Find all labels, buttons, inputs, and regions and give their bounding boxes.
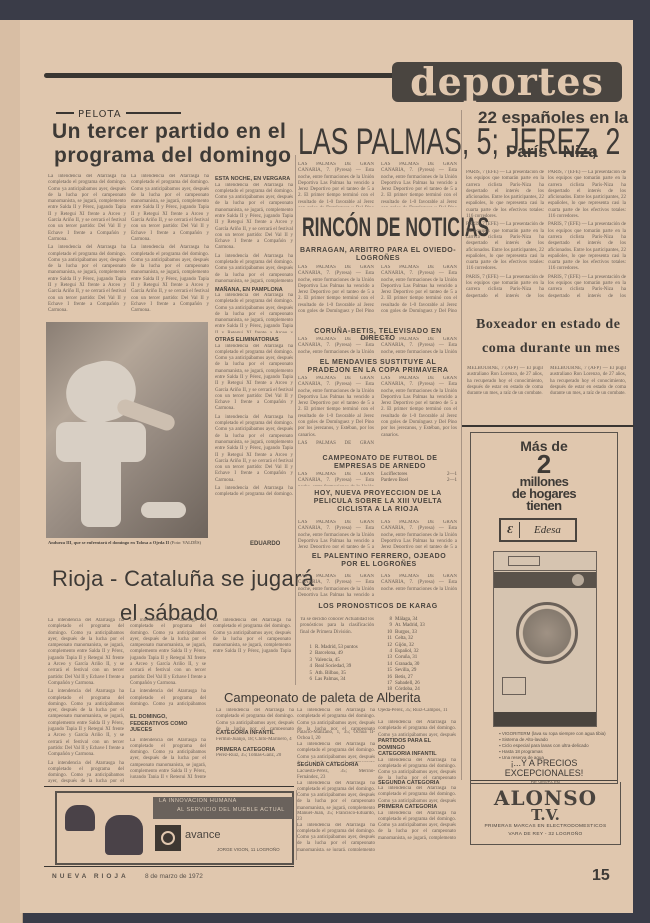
armchair-icon — [105, 815, 143, 855]
alberite-col1: La intendencia del Atarrasga ha completa… — [216, 708, 294, 783]
alonso-slogan: PRIMERAS MARCAS EN ELECTRODOMESTICOS — [471, 824, 620, 829]
subhead-vergara: ESTA NOCHE, EN VERGARA — [215, 176, 293, 183]
alberite-col2: La intendencia del Atarrasga ha completa… — [297, 708, 375, 858]
alonso-tv: T.V. — [471, 808, 620, 823]
karag-headline: LOS PRONOSTICOS DE KARAG — [298, 603, 458, 610]
paris-niza-headline-2: París - Niza — [506, 142, 598, 162]
avance-logo-icon — [155, 825, 181, 851]
rioja-body-col2: La intendencia del Atarrasga ha completa… — [130, 618, 206, 783]
karag-list-col2: 8Málaga, 34 9At. Madrid, 33 10Burgos, 33… — [380, 617, 456, 694]
boxeador-headline-2: coma durante un mes — [482, 340, 620, 358]
pelota-headline: Un tercer partido en el programa del dom… — [52, 120, 292, 168]
section-masthead: deportes — [392, 62, 622, 102]
edesa-e-icon: Ɛ — [501, 522, 520, 538]
rioja-body-col1: La intendencia del Atarrasga ha completa… — [48, 618, 124, 783]
arnedo-results: Luciflectores2—1 Pardevo Boel2—1 — [381, 472, 457, 485]
avance-ad: LA INNOVACION HUMANA AL SERVICIO DEL MUE… — [55, 791, 294, 865]
photo-caption: Andueza III, que se enfrentará el doming… — [48, 540, 208, 545]
rincon-item-barragan: BARRAGAN, ARBITRO PARA EL OVIEDO-LOGROÑE… — [298, 247, 458, 263]
alberite-col3: Ojeda-Pérez, 35; Ruiz-Campos, 11 La inte… — [378, 708, 456, 858]
kicker-label: PELOTA — [78, 109, 122, 120]
pelota-body-col1: La intendencia del Atarrasga ha completa… — [48, 174, 126, 319]
edesa-tagline: ¡...Y A PRECIOS EXCEPCIONALES! — [471, 758, 617, 781]
publication-name: NUEVA RIOJA — [52, 873, 129, 880]
headline-line-1: Un tercer partido en el — [52, 120, 292, 144]
avance-slogan: LA INNOVACION HUMANA AL SERVICIO DEL MUE… — [153, 797, 293, 819]
las-palmas-col2: LAS PALMAS DE GRAN CANARIA, 7. (Pyresa) … — [381, 162, 457, 207]
page-number: 15 — [592, 867, 610, 885]
rincon-item-mendavies: EL MENDAVIES SUSTITUYE AL PRADEJON EN LA… — [298, 359, 458, 375]
pelota-player-photo — [46, 322, 208, 538]
rincon-item-pelicula: HOY, NUEVA PROYECCION DE LA PELICULA SOB… — [298, 490, 458, 514]
subhead-federativos: EL DOMINGO, FEDERATIVOS COMO JUECES — [130, 714, 206, 734]
edesa-logo: Ɛ Edesa — [499, 518, 577, 542]
list-item: 6Las Palmas, 34 — [300, 677, 376, 683]
pelota-body-col3: ESTA NOCHE, EN VERGARA La intendencia de… — [215, 176, 293, 536]
paris-niza-col2: PARIS, 7 (EFE) — La presentación de los … — [548, 170, 626, 300]
rincon-item-ferrero: EL PALENTINO FERRERO, OJEADO POR EL LOGR… — [304, 553, 454, 569]
avance-brand: avance — [185, 829, 220, 841]
paris-niza-col1: PARIS, 7 (EFE) — La presentación de los … — [466, 170, 544, 300]
washing-machine-icon — [493, 551, 597, 727]
karag-intro: Ya se decidió conocer Actualidad los pro… — [300, 617, 374, 645]
list-item: 18Córdoba, 24 — [380, 687, 456, 693]
rioja-cataluna-headline: Rioja - Cataluña se jugará el sábado — [52, 566, 314, 626]
section-rule — [44, 73, 396, 78]
headline-line-2: programa del domingo — [52, 144, 292, 168]
las-palmas-col1: LAS PALMAS DE GRAN CANARIA, 7. (Pyresa) … — [298, 162, 374, 207]
karag-list-col1: 1R. Madrid, 53 puntos 2Barcelona, 49 3Va… — [300, 645, 376, 683]
rioja-body-col3: La intendencia del Atarrasga ha completa… — [213, 618, 291, 654]
pelota-byline: EDUARDO — [250, 541, 280, 548]
edesa-ad: Más de 2 millones de hogares tienen Ɛ Ed… — [470, 432, 618, 784]
edesa-features: ▪ VIGORITERM (lava su ropa siempre con a… — [499, 731, 611, 761]
avance-address: JORGE VIGON, 11 LOGROÑO — [217, 847, 280, 852]
alonso-tv-ad: DE VENTA EN ALONSO T.V. PRIMERAS MARCAS … — [470, 782, 621, 845]
alonso-address: VARA DE REY - 32 LOGROÑO — [471, 832, 620, 837]
boxeador-col1: MELBOURNE, 7 (AFP) — El púgil australian… — [467, 366, 543, 411]
pelota-body-col2: La intendencia del Atarrasga ha completa… — [131, 174, 209, 319]
alonso-brand: ALONSO — [471, 788, 620, 808]
boxeador-col2: MELBOURNE, 7 (AFP) — El púgil australian… — [550, 366, 626, 411]
rincon-item-arnedo: CAMPEONATO DE FUTBOL DE EMPRESAS DE ARNE… — [310, 455, 450, 471]
publication-date: 8 de marzo de 1972 — [145, 873, 203, 880]
edesa-text: millones de hogares tienen — [471, 476, 617, 512]
boxeador-headline-1: Boxeador en estado de — [476, 316, 620, 334]
chair-icon — [65, 805, 95, 831]
paris-niza-headline-1: 22 españoles en la — [478, 108, 628, 128]
